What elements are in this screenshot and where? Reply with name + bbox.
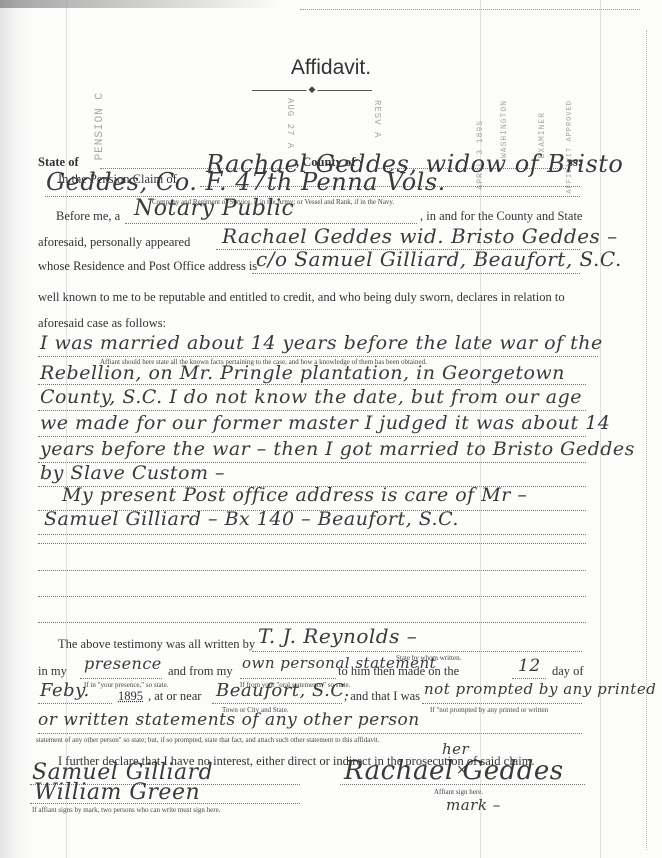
witness-caption: If affiant signs by mark, two persons wh… xyxy=(32,806,220,814)
testimony-line xyxy=(38,534,586,535)
presence-prefix: in my xyxy=(38,664,67,679)
testimony-text[interactable]: we made for our former master I judged i… xyxy=(40,412,610,434)
affiant-x: × xyxy=(456,762,468,778)
written-statement-line xyxy=(38,733,582,734)
testimony-text[interactable]: My present Post office address is care o… xyxy=(62,484,527,506)
written-by-line xyxy=(252,651,582,652)
prompt-value[interactable]: not prompted by any printed xyxy=(424,680,656,698)
testimony-text[interactable]: years before the war – then I got marrie… xyxy=(40,438,635,460)
testimony-line xyxy=(38,436,586,437)
before-label: Before me, a xyxy=(56,209,120,224)
official-title[interactable]: Notary Public xyxy=(134,196,294,221)
that-label: , and that I was xyxy=(344,689,420,704)
place-value[interactable]: Beaufort, S.C. xyxy=(216,680,350,701)
near-label: , at or near xyxy=(148,689,201,704)
testimony-text[interactable]: by Slave Custom – xyxy=(40,462,225,484)
appeared-label: aforesaid, personally appeared xyxy=(38,235,190,250)
prompt-line xyxy=(422,703,582,704)
testimony-text[interactable]: County, S.C. I do not know the date, but… xyxy=(40,386,582,408)
residence-line xyxy=(252,273,580,274)
top-rule xyxy=(300,9,640,11)
written-statement-caption: statement of any other person" so state;… xyxy=(36,736,380,744)
before-suffix: , in and for the County and State xyxy=(420,209,582,224)
place-line xyxy=(212,703,342,704)
follows-label: aforesaid case as follows: xyxy=(38,316,166,331)
affiant-mark: mark – xyxy=(446,796,501,814)
affidavit-page: PENSION C AUG 27 A RESV A APRIL 3 1895 W… xyxy=(0,0,662,858)
presence-value[interactable]: presence xyxy=(84,654,162,673)
year-value: 1895 xyxy=(118,689,143,704)
presence-line xyxy=(80,678,162,679)
received-stamp: RESV A xyxy=(372,100,382,138)
diamond-icon: ◆ xyxy=(307,84,318,95)
testimony-line xyxy=(38,410,586,411)
written-by-label: The above testimony was all written by xyxy=(58,637,255,652)
title-ornament: ◆ xyxy=(252,89,372,93)
pension-stamp: PENSION C xyxy=(94,92,106,160)
testimony-line xyxy=(38,596,586,597)
claim-unit[interactable]: Geddes, Co. F. 47th Penna Vols. xyxy=(46,168,446,196)
testimony-text[interactable]: Rebellion, on Mr. Pringle plantation, in… xyxy=(40,362,565,384)
date-stamp: AUG 27 A xyxy=(285,98,295,149)
scan-shadow xyxy=(0,0,280,8)
witness2-signature[interactable]: William Green xyxy=(34,780,200,805)
presence-caption: If in "your presence," so state. xyxy=(84,681,168,689)
approval-stamp: AFFIDAVIT APPROVED xyxy=(566,100,574,194)
affiant-signature[interactable]: Rachael Geddes xyxy=(344,756,564,786)
day-value[interactable]: 12 xyxy=(518,656,541,676)
day-suffix: day of xyxy=(552,664,584,679)
document-title: Affidavit. xyxy=(0,56,662,80)
reputable-statement: well known to me to be reputable and ent… xyxy=(38,290,565,305)
appeared-value[interactable]: Rachael Geddes wid. Bristo Geddes – xyxy=(222,224,618,248)
residence-value[interactable]: c/o Samuel Gilliard, Beaufort, S.C. xyxy=(256,247,622,271)
residence-label: whose Residence and Post Office address … xyxy=(38,259,257,274)
testimony-line xyxy=(38,570,586,571)
claim-line-2 xyxy=(45,196,580,197)
written-by-value[interactable]: T. J. Reynolds – xyxy=(258,624,417,648)
page-edge xyxy=(646,30,648,850)
affiant-caption: Affiant sign here. xyxy=(434,788,483,796)
testimony-line xyxy=(38,384,586,385)
presence-middle: and from my xyxy=(168,664,233,679)
month-line xyxy=(38,703,112,704)
testimony-line xyxy=(38,356,598,357)
testimony-line xyxy=(38,543,586,544)
testimony-text[interactable]: I was married about 14 years before the … xyxy=(40,332,603,354)
month-value[interactable]: Feby. xyxy=(40,680,90,701)
statement-line xyxy=(240,678,336,679)
testimony-line xyxy=(38,622,586,623)
presence-suffix: to him then made on the xyxy=(338,664,459,679)
testimony-text[interactable]: Samuel Gilliard – Bx 140 – Beaufort, S.C… xyxy=(44,508,459,530)
day-line xyxy=(512,678,546,679)
written-statement-value[interactable]: or written statements of any other perso… xyxy=(38,710,420,730)
prompt-caption: If "not prompted by any printed or writt… xyxy=(430,706,548,714)
